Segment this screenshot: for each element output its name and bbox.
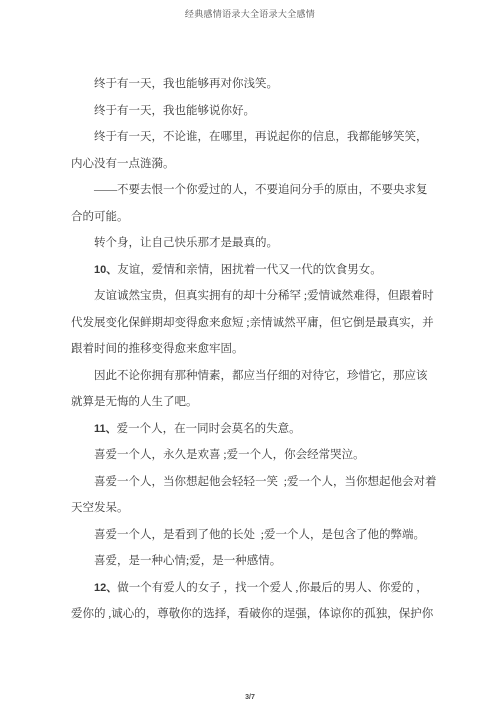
paragraph: ——不要去恨一个你爱过的人，不要追问分手的原由，不要央求复合的可能。 xyxy=(71,177,437,230)
paragraph: 终于有一天，我也能够说你好。 xyxy=(71,98,437,125)
paragraph: 12、做一个有爱人的女子 ，找一个爱人 ,你最后的男人、你爱的 ，爱你的 ,诚心… xyxy=(71,575,437,628)
paragraph-text: 喜爱一个人，永久是欢喜 ;爱一个人，你会经常哭泣。 xyxy=(94,449,365,461)
document-header-title: 经典感情语录大全语录大全感情 xyxy=(0,7,500,20)
paragraph-text: 友谊，爱情和亲情，困扰着一代又一代的饮食男女。 xyxy=(117,264,382,276)
page-number: 3/7 xyxy=(0,694,500,701)
list-number: 10、 xyxy=(94,264,117,276)
paragraph: 友谊诚然宝贵，但真实拥有的却十分稀罕 ;爱情诚然难得，但跟着时代发展变化保鲜期却… xyxy=(71,283,437,363)
paragraph: 10、友谊，爱情和亲情，困扰着一代又一代的饮食男女。 xyxy=(71,257,437,284)
paragraph: 喜爱一个人，当你想起他会轻轻一笑 ;爱一个人，当你想起他会对着天空发呆。 xyxy=(71,469,437,522)
document-page: 经典感情语录大全语录大全感情 终于有一天，我也能够再对你浅笑。 终于有一天，我也… xyxy=(0,0,500,708)
paragraph: 喜爱一个人，永久是欢喜 ;爱一个人，你会经常哭泣。 xyxy=(71,442,437,469)
paragraph: 终于有一天，我也能够再对你浅笑。 xyxy=(71,71,437,98)
paragraph-text: 终于有一天，不论谁，在哪里，再说起你的信息，我都能够笑笑，内心没有一点涟漪。 xyxy=(71,131,428,170)
paragraph-text: 友谊诚然宝贵，但真实拥有的却十分稀罕 ;爱情诚然难得，但跟着时代发展变化保鲜期却… xyxy=(71,290,434,355)
paragraph-text: 做一个有爱人的女子 ，找一个爱人 ,你最后的男人、你爱的 ，爱你的 ,诚心的，尊… xyxy=(71,582,433,621)
paragraph-text: 喜爱一个人，当你想起他会轻轻一笑 ;爱一个人，当你想起他会对着天空发呆。 xyxy=(71,476,436,515)
paragraph-text: 终于有一天，我也能够说你好。 xyxy=(94,105,255,117)
paragraph-text: ——不要去恨一个你爱过的人，不要追问分手的原由，不要央求复合的可能。 xyxy=(71,184,428,223)
paragraph-text: 喜爱一个人，是看到了他的长处 ;爱一个人，是包含了他的弊端。 xyxy=(94,529,425,541)
paragraph: 转个身，让自己快乐那才是最真的。 xyxy=(71,230,437,257)
paragraph-text: 喜爱，是一种心情;爱，是一种感情。 xyxy=(94,555,281,567)
paragraph-text: 终于有一天，我也能够再对你浅笑。 xyxy=(94,78,278,90)
paragraph: 喜爱，是一种心情;爱，是一种感情。 xyxy=(71,548,437,575)
document-body: 终于有一天，我也能够再对你浅笑。 终于有一天，我也能够说你好。 终于有一天，不论… xyxy=(71,71,437,628)
paragraph: 终于有一天，不论谁，在哪里，再说起你的信息，我都能够笑笑，内心没有一点涟漪。 xyxy=(71,124,437,177)
paragraph-text: 爱一个人，在一同时会莫名的失意。 xyxy=(117,423,301,435)
paragraph: 11、爱一个人，在一同时会莫名的失意。 xyxy=(71,416,437,443)
paragraph-text: 转个身，让自己快乐那才是最真的。 xyxy=(94,237,278,249)
paragraph-text: 因此不论你拥有那种情素，都应当仔细的对待它，珍惜它，那应该就算是无悔的人生了吧。 xyxy=(71,370,428,409)
paragraph: 喜爱一个人，是看到了他的长处 ;爱一个人，是包含了他的弊端。 xyxy=(71,522,437,549)
list-number: 11、 xyxy=(94,423,117,435)
paragraph: 因此不论你拥有那种情素，都应当仔细的对待它，珍惜它，那应该就算是无悔的人生了吧。 xyxy=(71,363,437,416)
list-number: 12、 xyxy=(94,582,117,594)
